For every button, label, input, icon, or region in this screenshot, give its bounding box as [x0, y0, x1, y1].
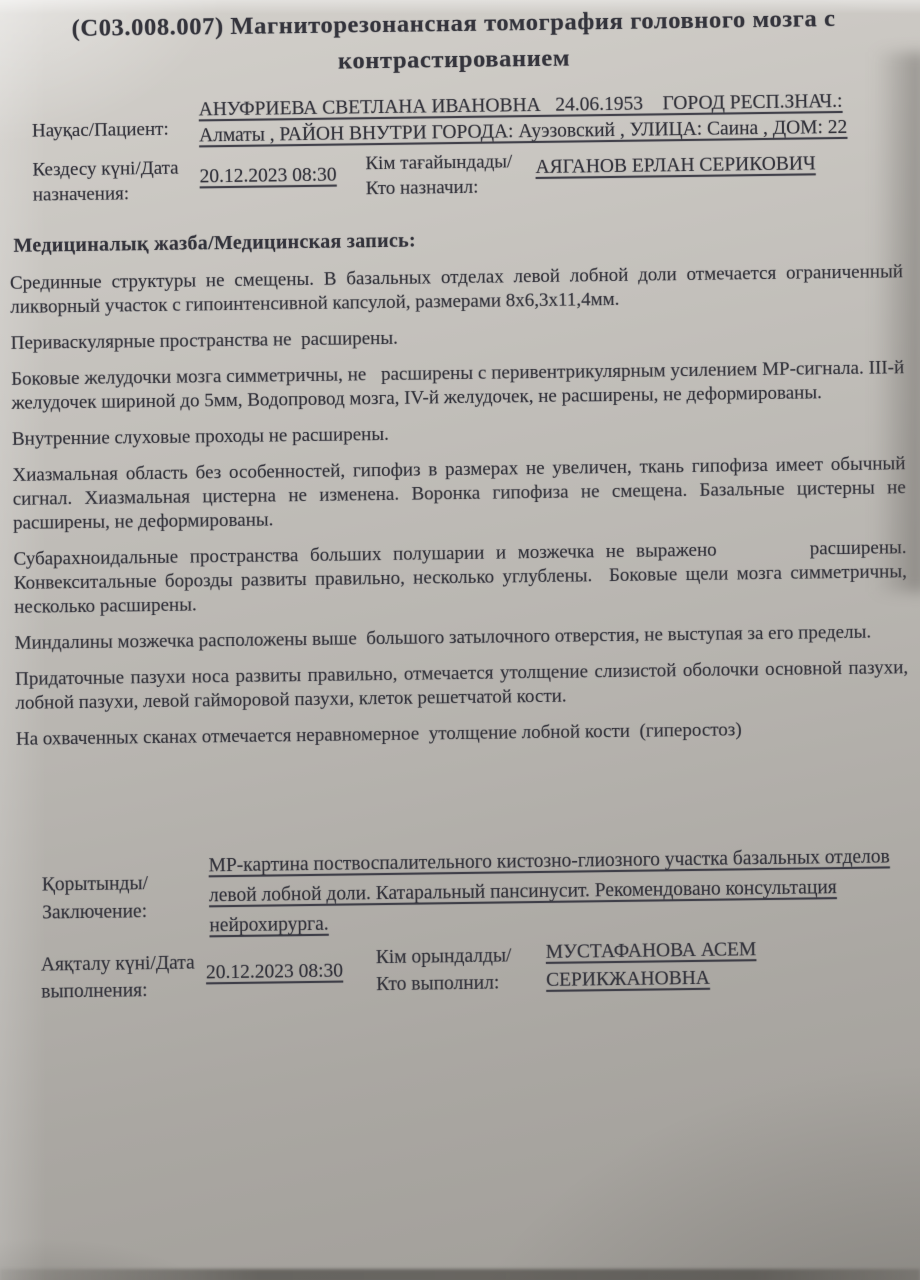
record-paragraph-3: Боковые желудочки мозга симметричны, не … — [11, 356, 905, 416]
record-paragraph-1: Срединные структуры не смещены. В базаль… — [10, 260, 904, 320]
record-paragraph-8: Придаточные пазухи носа развиты правильн… — [15, 656, 909, 716]
assigned-by-label: Кім тағайындады/ Кто назначил: — [365, 149, 512, 201]
record-paragraph-7: Миндалины мозжечка расположены выше боль… — [15, 620, 908, 656]
performed-by-value-line-1: МУСТАФАНОВА АСЕМ — [546, 936, 757, 967]
performed-by-value: МУСТАФАНОВА АСЕМ СЕРИКЖАНОВНА — [546, 936, 757, 995]
appointment-date-value: 20.12.2023 08:30 — [199, 165, 336, 189]
performed-by-label: Кім орындалды/ Кто выполнил: — [376, 942, 512, 998]
performed-by-label-line-1: Кім орындалды/ — [376, 942, 512, 971]
record-paragraph-9: На охваченных сканах отмечается неравном… — [16, 716, 909, 752]
conclusion-value: МР-картина поствоспалительного кистозно-… — [208, 843, 877, 942]
conclusion-label-line-2: Заключение: — [42, 898, 148, 927]
appointment-date-label: Кездесу күні/Дата назначения: — [32, 156, 179, 208]
assigned-by-value: АЯГАНОВ ЕРЛАН СЕРИКОВИЧ — [535, 153, 815, 179]
appointment-date-label-line-2: назначения: — [33, 181, 179, 208]
document-sheet: (С03.008.007) Магниторезонансная томогра… — [0, 0, 920, 1280]
performed-by-value-line-2: СЕРИКЖАНОВНА — [546, 964, 757, 995]
assigned-by-label-line-2: Кто назначил: — [366, 174, 513, 201]
medical-record-heading: Медициналық жазба/Медицинская запись: — [13, 222, 902, 258]
medical-record-body: Медициналық жазба/Медицинская запись: Ср… — [9, 222, 909, 764]
appointment-date-label-line-1: Кездесу күні/Дата — [32, 156, 178, 183]
document-title: (С03.008.007) Магниторезонансная томогра… — [0, 0, 914, 84]
completion-date-value: 20.12.2023 08:30 — [206, 961, 343, 985]
completion-date-label-line-2: выполнения: — [41, 977, 195, 1006]
assigned-by-label-line-1: Кім тағайындады/ — [365, 149, 512, 176]
completion-date-label-line-1: Аяқталу күні/Дата — [41, 950, 195, 979]
performed-by-label-line-2: Кто выполнил: — [376, 969, 512, 998]
record-paragraph-2: Периваскулярные пространства не расширен… — [11, 320, 904, 356]
conclusion-label-line-1: Қорытынды/ — [42, 870, 148, 899]
record-paragraph-4: Внутренние слуховые проходы не расширены… — [12, 416, 905, 452]
completion-date-label: Аяқталу күні/Дата выполнения: — [41, 950, 196, 1006]
patient-value: АНУФРИЕВА СВЕТЛАНА ИВАНОВНА 24.06.1953 Г… — [199, 88, 906, 149]
conclusion-label: Қорытынды/ Заключение: — [42, 870, 149, 927]
record-paragraph-6: Субарахноидальные пространства больших п… — [13, 536, 907, 620]
photographed-mri-report: { "colors": { "paper_light": "#d3d0cb", … — [0, 0, 920, 1280]
record-paragraph-5: Хиазмальная область без особенностей, ги… — [12, 452, 906, 536]
patient-label: Науқас/Пациент: — [32, 117, 169, 144]
